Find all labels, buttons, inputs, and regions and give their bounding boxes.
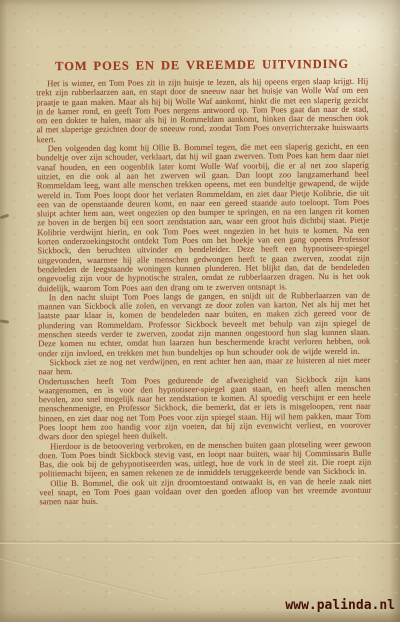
story-text: Het is winter, en Tom Poes zit in zijn h… <box>36 77 371 507</box>
fold-crease <box>0 541 400 544</box>
paragraph: Ollie B. Bommel, die ook uit zijn droomt… <box>39 476 371 506</box>
document-content: TOM POES EN DE VREEMDE UITVINDING Het is… <box>36 57 372 507</box>
paragraph: Ondertusschen heeft Tom Poes gedurende d… <box>38 374 371 442</box>
paragraph: Het is winter, en Tom Poes zit in zijn h… <box>36 77 369 145</box>
watermark: www.palinda.nl <box>285 598 395 613</box>
paragraph: Hierdoor is de betoovering verbroken, en… <box>39 439 371 479</box>
paragraph: Den volgenden dag komt hij Ollie B. Bomm… <box>37 142 370 293</box>
scanned-page: TOM POES EN DE VREEMDE UITVINDING Het is… <box>0 0 400 622</box>
document-title: TOM POES EN DE VREEMDE UITVINDING <box>36 57 368 75</box>
paper-edge-tear <box>0 214 9 220</box>
paragraph: In den nacht sluipt Tom Poes langs de ga… <box>38 291 371 359</box>
diagonal-crease <box>200 556 349 576</box>
paper-edge-tear <box>0 319 9 324</box>
diagonal-crease <box>0 553 167 601</box>
